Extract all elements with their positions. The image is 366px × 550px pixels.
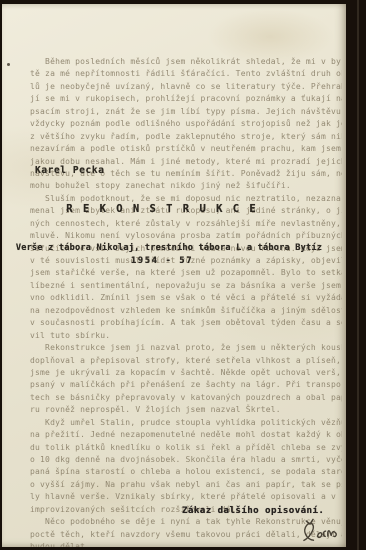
page-edge-highlight [357, 0, 359, 550]
ink-speck [7, 63, 10, 66]
paper-sheet: Během posledních měsíců jsem několikrát … [2, 4, 346, 547]
typewritten-line: vždycky poznám podle odlišného uspořádán… [30, 118, 342, 130]
typewritten-line: vil tuto sbírku. [30, 330, 342, 342]
typewritten-line: jsem stařičké verše, na které jsem už po… [30, 267, 342, 279]
typewritten-line: paná špína starostí o chleba a holou exi… [30, 466, 342, 478]
typewritten-line: Během posledních měsíců jsem několikrát … [30, 56, 342, 68]
typewritten-line: líbezné i sentimentální, nepovažuju se z… [30, 280, 342, 292]
typewritten-line: budou dělat. [30, 541, 342, 547]
typewritten-line: vno odklidil. Zmínil jsem se však o té v… [30, 292, 342, 304]
page-title: R E K O N S T R U K C E [2, 203, 322, 215]
handwritten-signature [293, 509, 346, 547]
typewritten-line: tě za mé nepřítomnosti řádili šťáračíci.… [30, 68, 342, 80]
typewritten-line: du tolik plátků knedlíku o kolik si řekl… [30, 442, 342, 454]
typewritten-line: o vyšší zájmy. Na prahu však nebyl ani č… [30, 479, 342, 491]
typewritten-line: Když umřel Stalin, prudce stoupla vyhlíd… [30, 417, 342, 429]
typewritten-line: z většího zvyku řadím, podle zaklepnutéh… [30, 131, 342, 143]
typewritten-body-text: Během posledních měsíců jsem několikrát … [30, 56, 342, 547]
scanned-typescript-page: Během posledních měsíců jsem několikrát … [0, 0, 366, 550]
author-name-stamp: Karel Pecka [35, 165, 105, 176]
typewritten-line: ru rovněž neprospěl. V žlojích jsem nazv… [30, 404, 342, 416]
typewritten-line: mohu bohužel stopy zanechat nikdo jiný n… [30, 180, 342, 192]
typewritten-line: mluvě. Nikomu není vylosována prosba zat… [30, 230, 342, 242]
typewritten-line: nezavírám a podle otisků prstíčků v neut… [30, 143, 342, 155]
typewritten-line: tech se básničky přepravovaly v katovaný… [30, 392, 342, 404]
typewritten-line: doplňoval a přepisoval strofy, které set… [30, 355, 342, 367]
typewritten-line: Rekonstrukce jsem ji nazval proto, že js… [30, 342, 342, 354]
signature-stroke [302, 517, 337, 541]
typewritten-line: ly hlavně verše. Vznikaly sbírky, které … [30, 491, 342, 503]
typewritten-line: jsme je ukrývali za kopacím v šachtě. Ně… [30, 367, 342, 379]
typewritten-line: na přežití. Jedné nezapomenutelné neděle… [30, 429, 342, 441]
typewritten-line: na nezodpovědnost vzhledem ke snímkům ši… [30, 305, 342, 317]
typewritten-line: psacím stroji, znát že se jim líbí typy … [30, 106, 342, 118]
typewritten-line: psaný v malíčkách při přenášení ze šacht… [30, 379, 342, 391]
typewritten-line: ných cennostech, které zůstaly v rozsáhl… [30, 218, 342, 230]
typewritten-line: o 10 dkg denně na dvojnásobek. Skončila … [30, 454, 342, 466]
typewritten-line: lů je neobyčejně uvízaný, hlavně co se l… [30, 81, 342, 93]
typewritten-line: v současnosti probíhajícím. A tak jsem o… [30, 317, 342, 329]
years-range: 1954 - 57 [2, 256, 322, 266]
page-subtitle: Verše z tábora Nikolaj, trestního tábora… [2, 243, 336, 253]
typewritten-line: jí se mi v rukopisech, prohlížejí pracov… [30, 93, 342, 105]
